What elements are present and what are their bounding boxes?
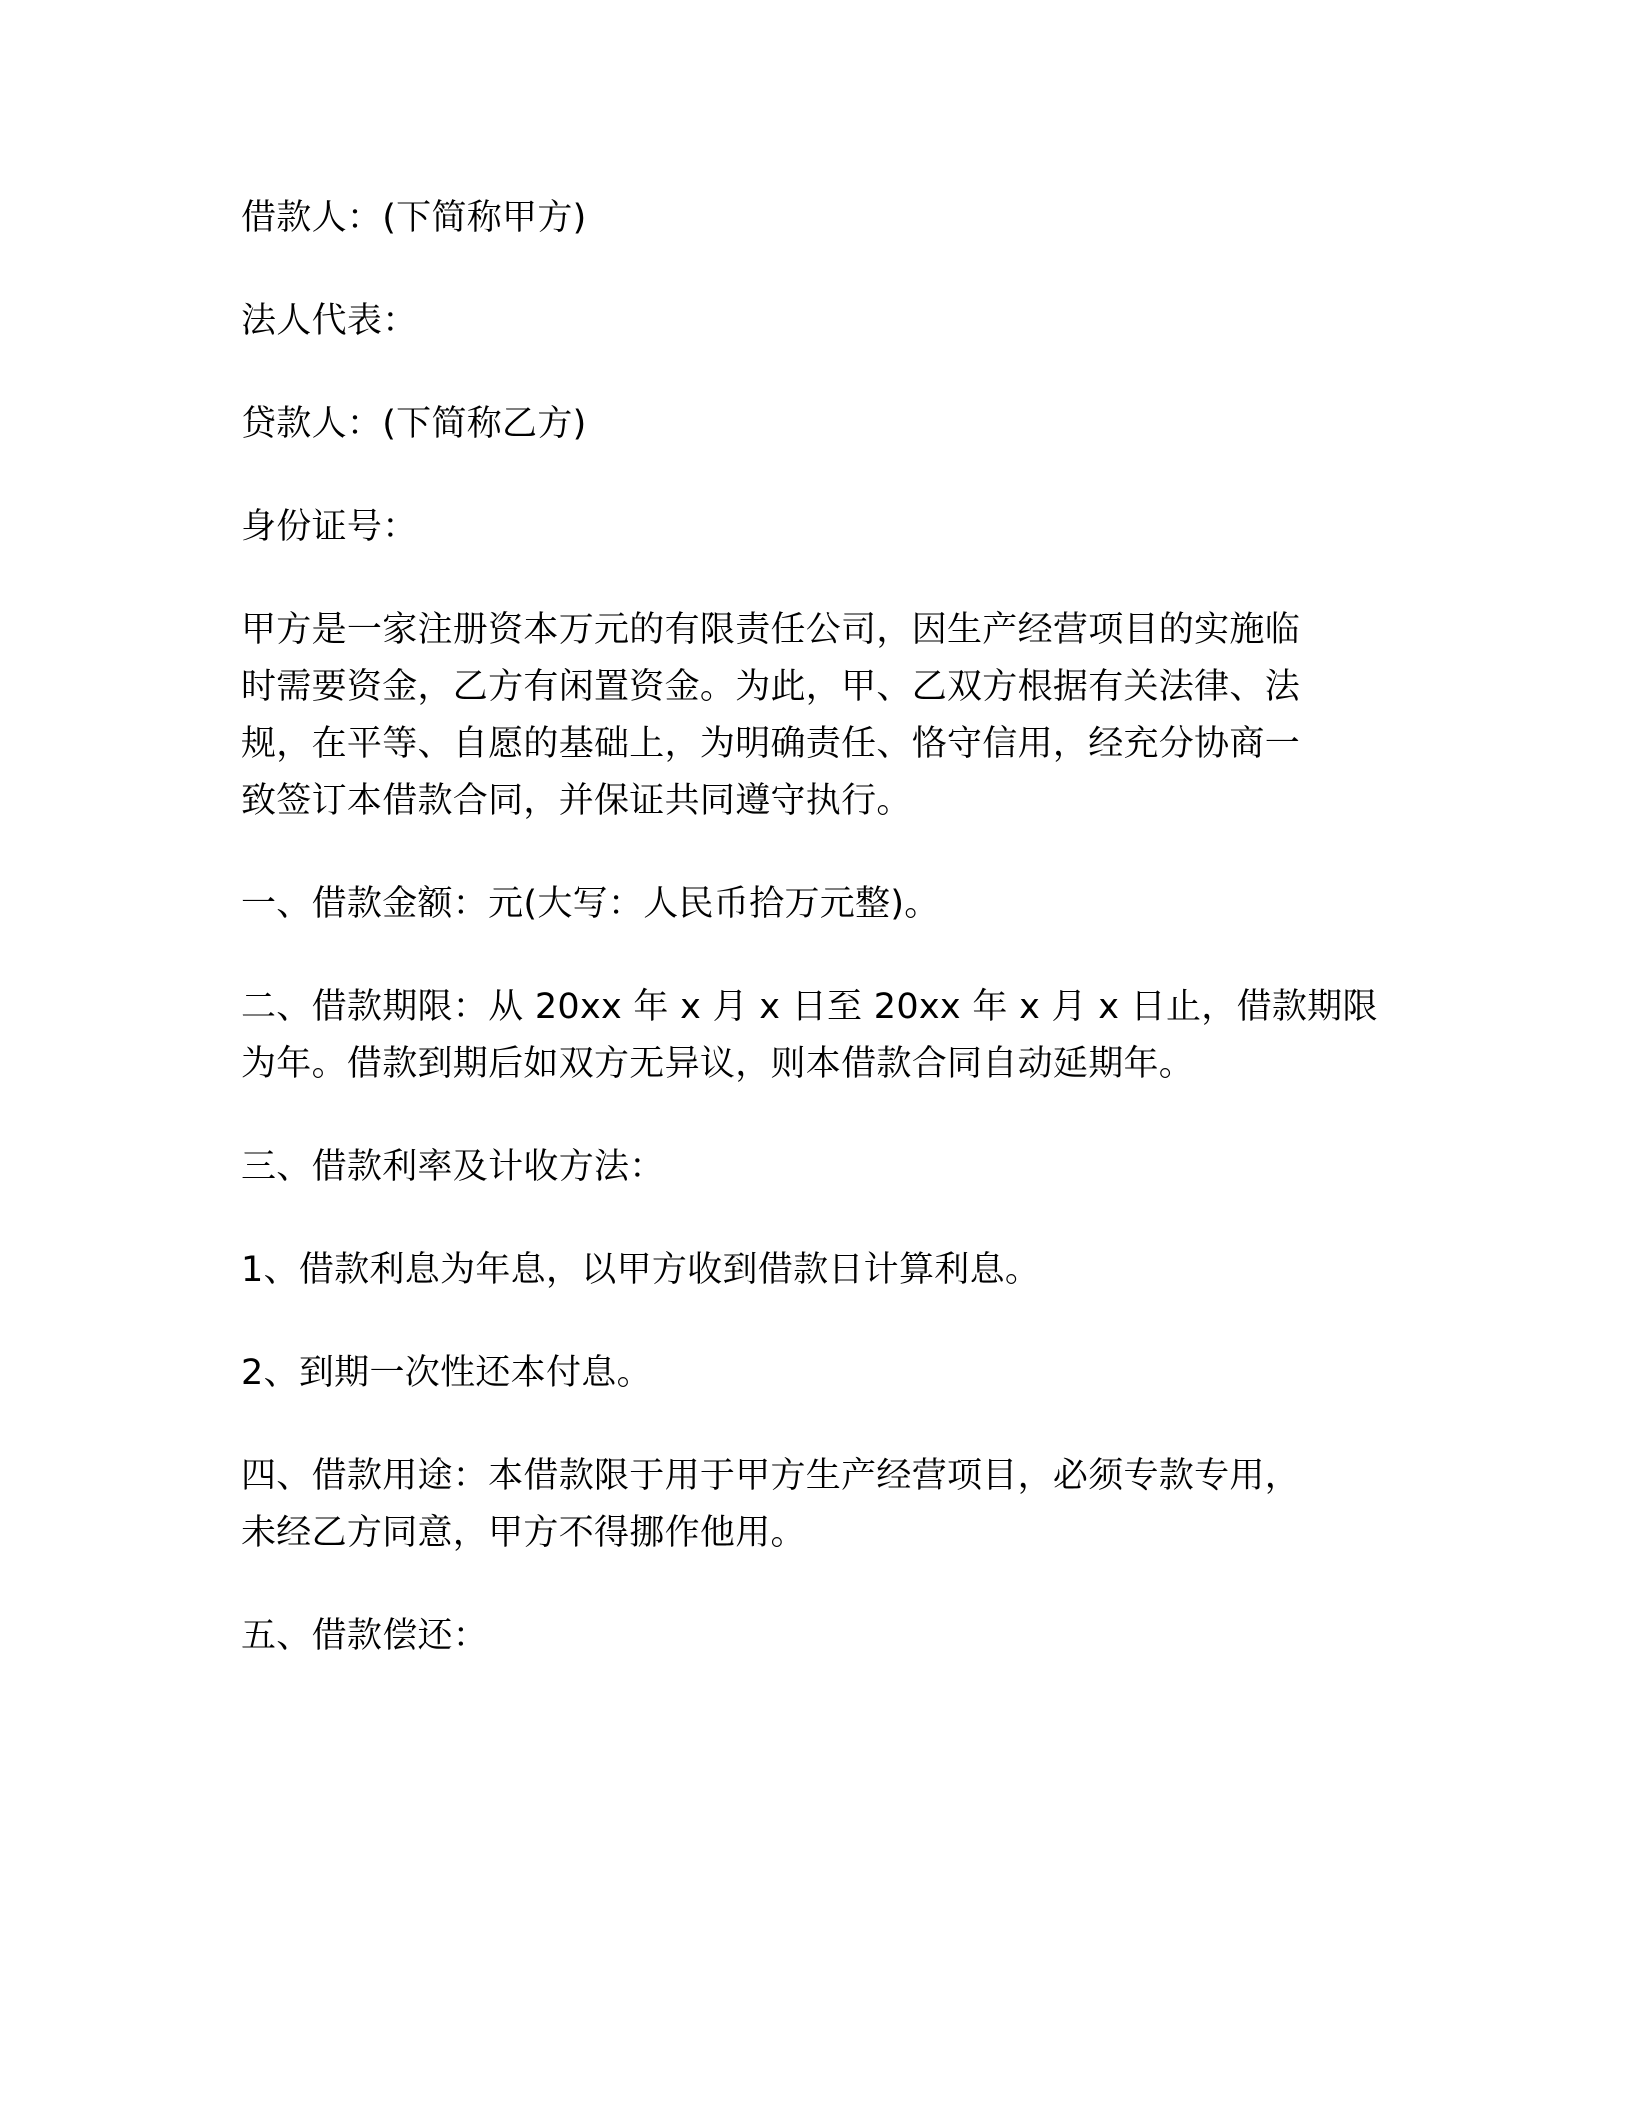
text-line: 二、借款期限：从 20xx 年 x 月 x 日至 20xx 年 x 月 x 日止… [241, 979, 1366, 1036]
text-line: 规，在平等、自愿的基础上，为明确责任、恪守信用，经充分协商一 [241, 716, 1366, 773]
text-line: 三、借款利率及计收方法： [241, 1139, 1366, 1196]
text-line: 五、借款偿还： [241, 1608, 1366, 1665]
text-line: 致签订本借款合同，并保证共同遵守执行。 [241, 773, 1366, 830]
text-line: 甲方是一家注册资本万元的有限责任公司，因生产经营项目的实施临 [241, 602, 1366, 659]
clause-interest-item-2: 2、到期一次性还本付息。 [241, 1345, 1366, 1402]
clause-loan-amount: 一、借款金额：元(大写：人民币拾万元整)。 [241, 876, 1366, 933]
clause-loan-purpose: 四、借款用途：本借款限于用于甲方生产经营项目，必须专款专用， 未经乙方同意，甲方… [241, 1448, 1366, 1562]
text-line: 法人代表： [241, 293, 1366, 350]
text-line: 贷款人：(下简称乙方) [241, 396, 1366, 453]
clause-repayment-heading: 五、借款偿还： [241, 1608, 1366, 1665]
text-line: 身份证号： [241, 499, 1366, 556]
clause-interest-item-1: 1、借款利息为年息，以甲方收到借款日计算利息。 [241, 1242, 1366, 1299]
text-line: 借款人：(下简称甲方) [241, 190, 1366, 247]
preamble-paragraph: 甲方是一家注册资本万元的有限责任公司，因生产经营项目的实施临 时需要资金，乙方有… [241, 602, 1366, 830]
id-number-line: 身份证号： [241, 499, 1366, 556]
borrower-line: 借款人：(下简称甲方) [241, 190, 1366, 247]
text-line: 未经乙方同意，甲方不得挪作他用。 [241, 1505, 1366, 1562]
document-page: 借款人：(下简称甲方) 法人代表： 贷款人：(下简称乙方) 身份证号： 甲方是一… [0, 0, 1632, 2112]
text-line: 一、借款金额：元(大写：人民币拾万元整)。 [241, 876, 1366, 933]
text-line: 四、借款用途：本借款限于用于甲方生产经营项目，必须专款专用， [241, 1448, 1366, 1505]
clause-loan-term: 二、借款期限：从 20xx 年 x 月 x 日至 20xx 年 x 月 x 日止… [241, 979, 1366, 1093]
text-line: 为年。借款到期后如双方无异议，则本借款合同自动延期年。 [241, 1036, 1366, 1093]
legal-representative-line: 法人代表： [241, 293, 1366, 350]
text-line: 2、到期一次性还本付息。 [241, 1345, 1366, 1402]
lender-line: 贷款人：(下简称乙方) [241, 396, 1366, 453]
text-line: 1、借款利息为年息，以甲方收到借款日计算利息。 [241, 1242, 1366, 1299]
text-line: 时需要资金，乙方有闲置资金。为此，甲、乙双方根据有关法律、法 [241, 659, 1366, 716]
document-body: 借款人：(下简称甲方) 法人代表： 贷款人：(下简称乙方) 身份证号： 甲方是一… [241, 190, 1366, 1711]
clause-interest-heading: 三、借款利率及计收方法： [241, 1139, 1366, 1196]
